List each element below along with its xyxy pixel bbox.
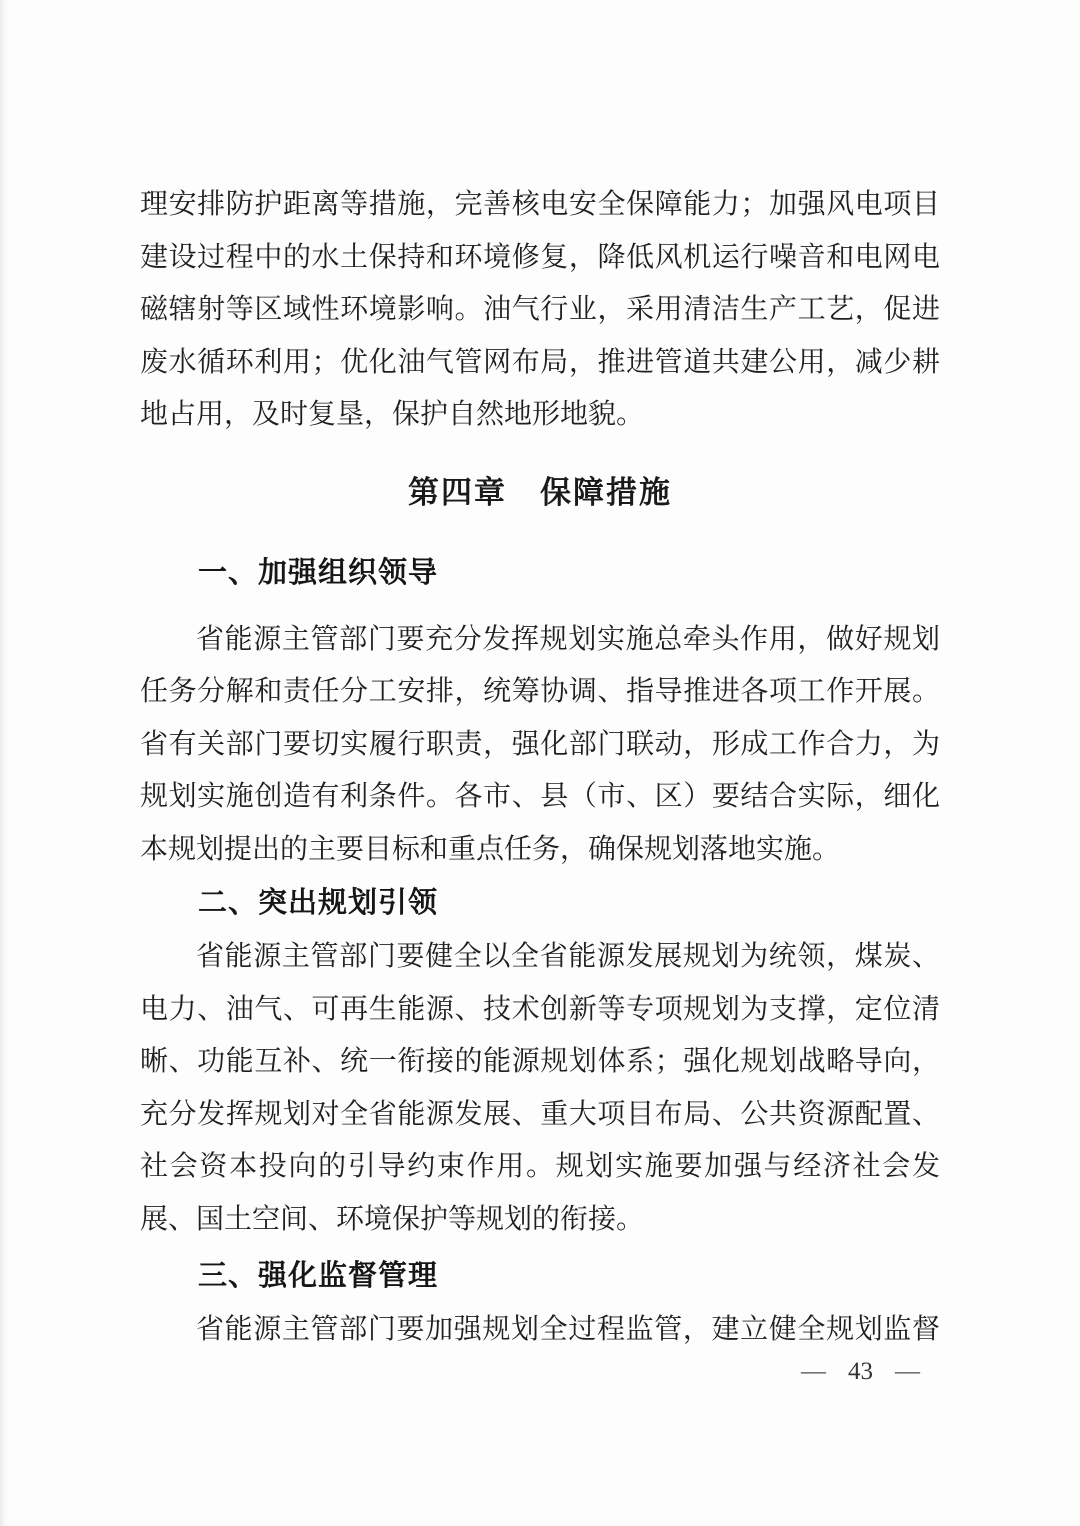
section-2-paragraph: 省能源主管部门要健全以全省能源发展规划为统领，煤炭、 电力、油气、可再生能源、技… [140,931,940,1246]
text-line: 晰、功能互补、统一衔接的能源规划体系；强化规划战略导向， [140,1036,940,1089]
text-line: 地占用，及时复垦，保护自然地形地貌。 [140,389,940,442]
text-line: 社会资本投向的引导约束作用。规划实施要加强与经济社会发 [140,1141,940,1194]
document-page: 理安排防护距离等措施，完善核电安全保障能力；加强风电项目 建设过程中的水土保持和… [0,0,1080,1526]
text-line: 任务分解和责任分工安排，统筹协调、指导推进各项工作开展。 [140,666,940,719]
text-line: 理安排防护距离等措施，完善核电安全保障能力；加强风电项目 [140,179,940,232]
text-line: 省有关部门要切实履行职责，强化部门联动，形成工作合力，为 [140,719,940,772]
text-line: 省能源主管部门要充分发挥规划实施总牵头作用，做好规划 [140,614,940,667]
text-line: 本规划提出的主要目标和重点任务，确保规划落地实施。 [140,824,940,877]
text-line: 规划实施创造有利条件。各市、县（市、区）要结合实际，细化 [140,771,940,824]
section-3-paragraph: 省能源主管部门要加强规划全过程监管，建立健全规划监督 [140,1304,940,1357]
text-line: 磁辖射等区域性环境影响。油气行业，采用清洁生产工艺，促进 [140,284,940,337]
text-line: 充分发挥规划对全省能源发展、重大项目布局、公共资源配置、 [140,1089,940,1142]
section-heading-organization-leadership: 一、加强组织领导 [140,547,940,600]
chapter-heading: 第四章 保障措施 [140,464,940,521]
section-heading-planning-guidance: 二、突出规划引领 [140,877,940,930]
section-1-paragraph: 省能源主管部门要充分发挥规划实施总牵头作用，做好规划 任务分解和责任分工安排，统… [140,614,940,877]
page-footer: —43— [801,1352,920,1392]
section-heading-supervision-management: 三、强化监督管理 [140,1250,940,1303]
footer-dash-left: — [801,1358,826,1385]
text-line: 展、国土空间、环境保护等规划的衔接。 [140,1194,940,1247]
text-line: 电力、油气、可再生能源、技术创新等专项规划为支撑，定位清 [140,984,940,1037]
text-line: 废水循环利用；优化油气管网布局，推进管道共建公用，减少耕 [140,337,940,390]
footer-dash-right: — [895,1358,920,1385]
text-line: 省能源主管部门要加强规划全过程监管，建立健全规划监督 [140,1304,940,1357]
page-number: 43 [848,1358,873,1385]
text-line: 建设过程中的水土保持和环境修复，降低风机运行噪音和电网电 [140,232,940,285]
text-line: 省能源主管部门要健全以全省能源发展规划为统领，煤炭、 [140,931,940,984]
intro-paragraph: 理安排防护距离等措施，完善核电安全保障能力；加强风电项目 建设过程中的水土保持和… [140,179,940,442]
